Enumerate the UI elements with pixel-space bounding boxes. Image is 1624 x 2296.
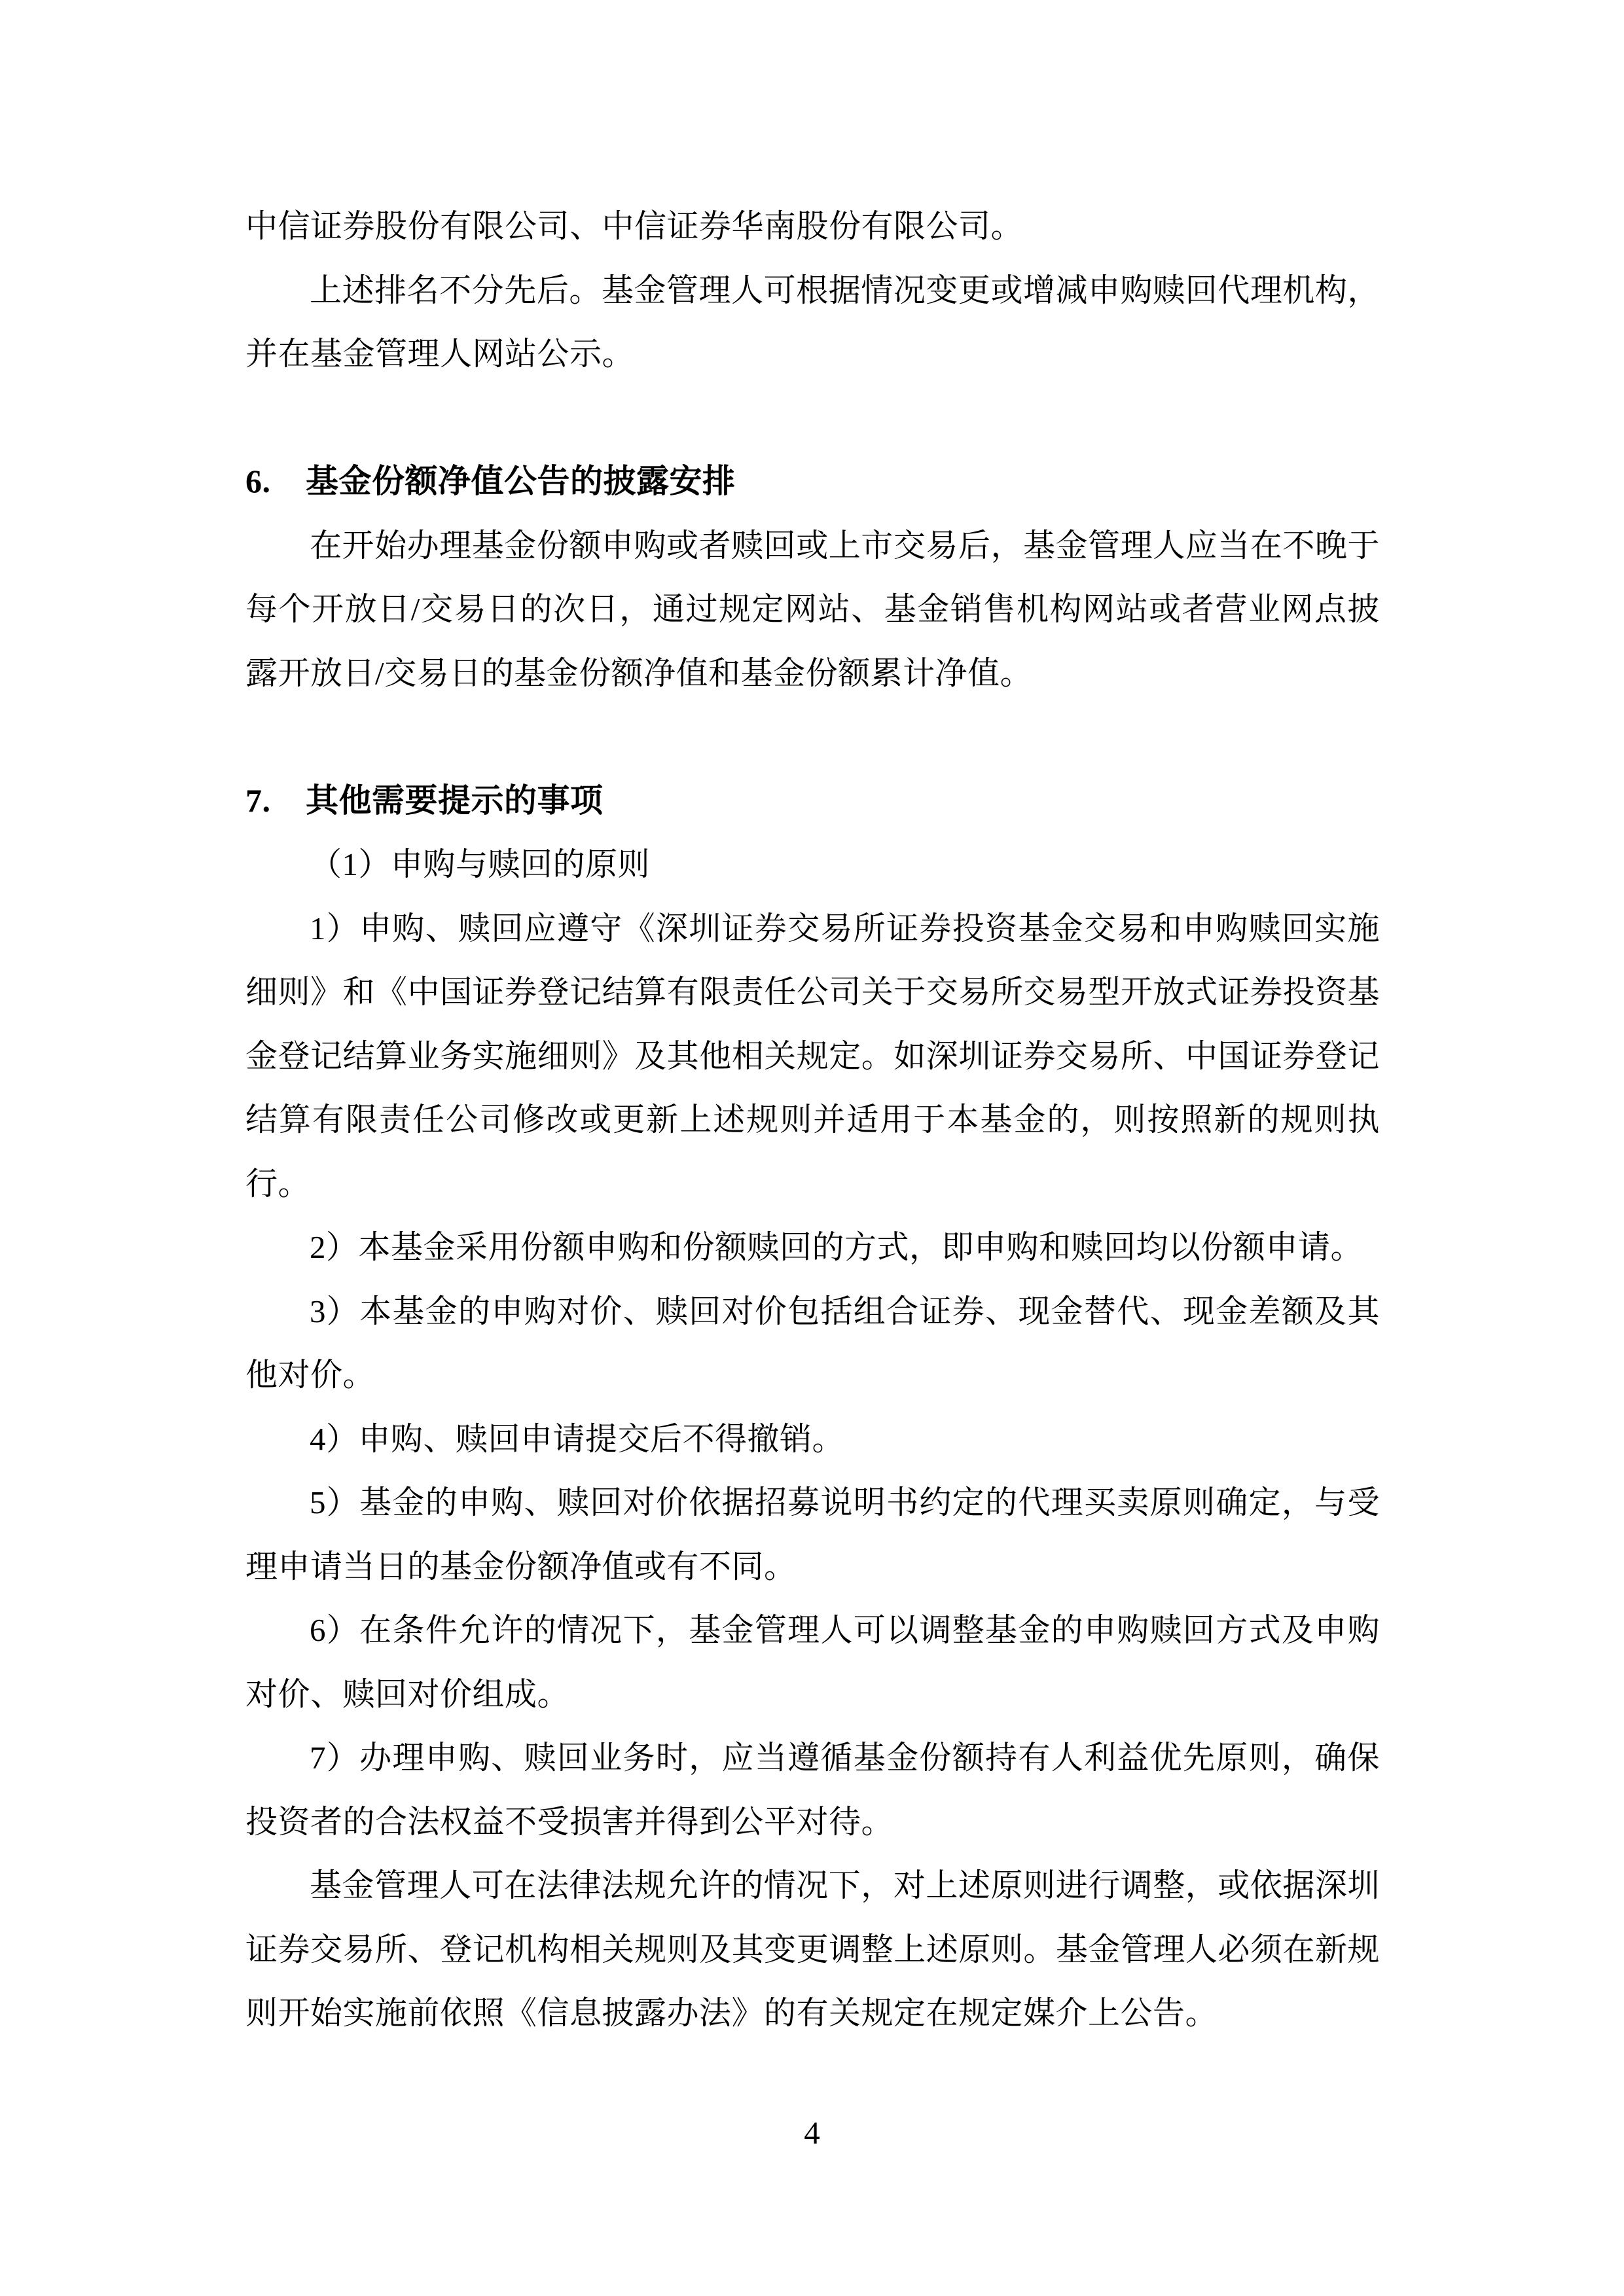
section-heading-7: 7. 其他需要提示的事项 (245, 769, 1380, 833)
paragraph-item-4: 4）申购、赎回申请提交后不得撤销。 (245, 1407, 1380, 1471)
paragraph-broker-list-continued: 中信证券股份有限公司、中信证券华南股份有限公司。 (245, 194, 1380, 259)
heading-title: 其他需要提示的事项 (306, 769, 1380, 833)
paragraph-item-5: 5）基金的申购、赎回对价依据招募说明书约定的代理买卖原则确定，与受理申请当日的基… (245, 1471, 1380, 1598)
paragraph-ranking-note: 上述排名不分先后。基金管理人可根据情况变更或增减申购赎回代理机构，并在基金管理人… (245, 259, 1380, 386)
section-heading-6: 6. 基金份额净值公告的披露安排 (245, 450, 1380, 514)
paragraph-item-1: 1）申购、赎回应遵守《深圳证券交易所证券投资基金交易和申购赎回实施细则》和《中国… (245, 897, 1380, 1216)
heading-number: 7. (245, 769, 306, 833)
document-page: 中信证券股份有限公司、中信证券华南股份有限公司。 上述排名不分先后。基金管理人可… (0, 0, 1624, 2296)
paragraph-adjustment-note: 基金管理人可在法律法规允许的情况下，对上述原则进行调整，或依据深圳证券交易所、登… (245, 1854, 1380, 2045)
paragraph-item-2: 2）本基金采用份额申购和份额赎回的方式，即申购和赎回均以份额申请。 (245, 1215, 1380, 1280)
paragraph-nav-disclosure: 在开始办理基金份额申购或者赎回或上市交易后，基金管理人应当在不晚于每个开放日/交… (245, 514, 1380, 706)
paragraph-item-6: 6）在条件允许的情况下，基金管理人可以调整基金的申购赎回方式及申购对价、赎回对价… (245, 1598, 1380, 1726)
page-footer: 4 (0, 2111, 1624, 2155)
paragraph-subsection-1-title: （1）申购与赎回的原则 (245, 833, 1380, 897)
heading-title: 基金份额净值公告的披露安排 (306, 450, 1380, 514)
document-body: 中信证券股份有限公司、中信证券华南股份有限公司。 上述排名不分先后。基金管理人可… (245, 194, 1380, 2045)
paragraph-item-7: 7）办理申购、赎回业务时，应当遵循基金份额持有人利益优先原则，确保投资者的合法权… (245, 1726, 1380, 1854)
paragraph-item-3: 3）本基金的申购对价、赎回对价包括组合证券、现金替代、现金差额及其他对价。 (245, 1280, 1380, 1407)
heading-number: 6. (245, 450, 306, 514)
page-number: 4 (804, 2115, 820, 2151)
